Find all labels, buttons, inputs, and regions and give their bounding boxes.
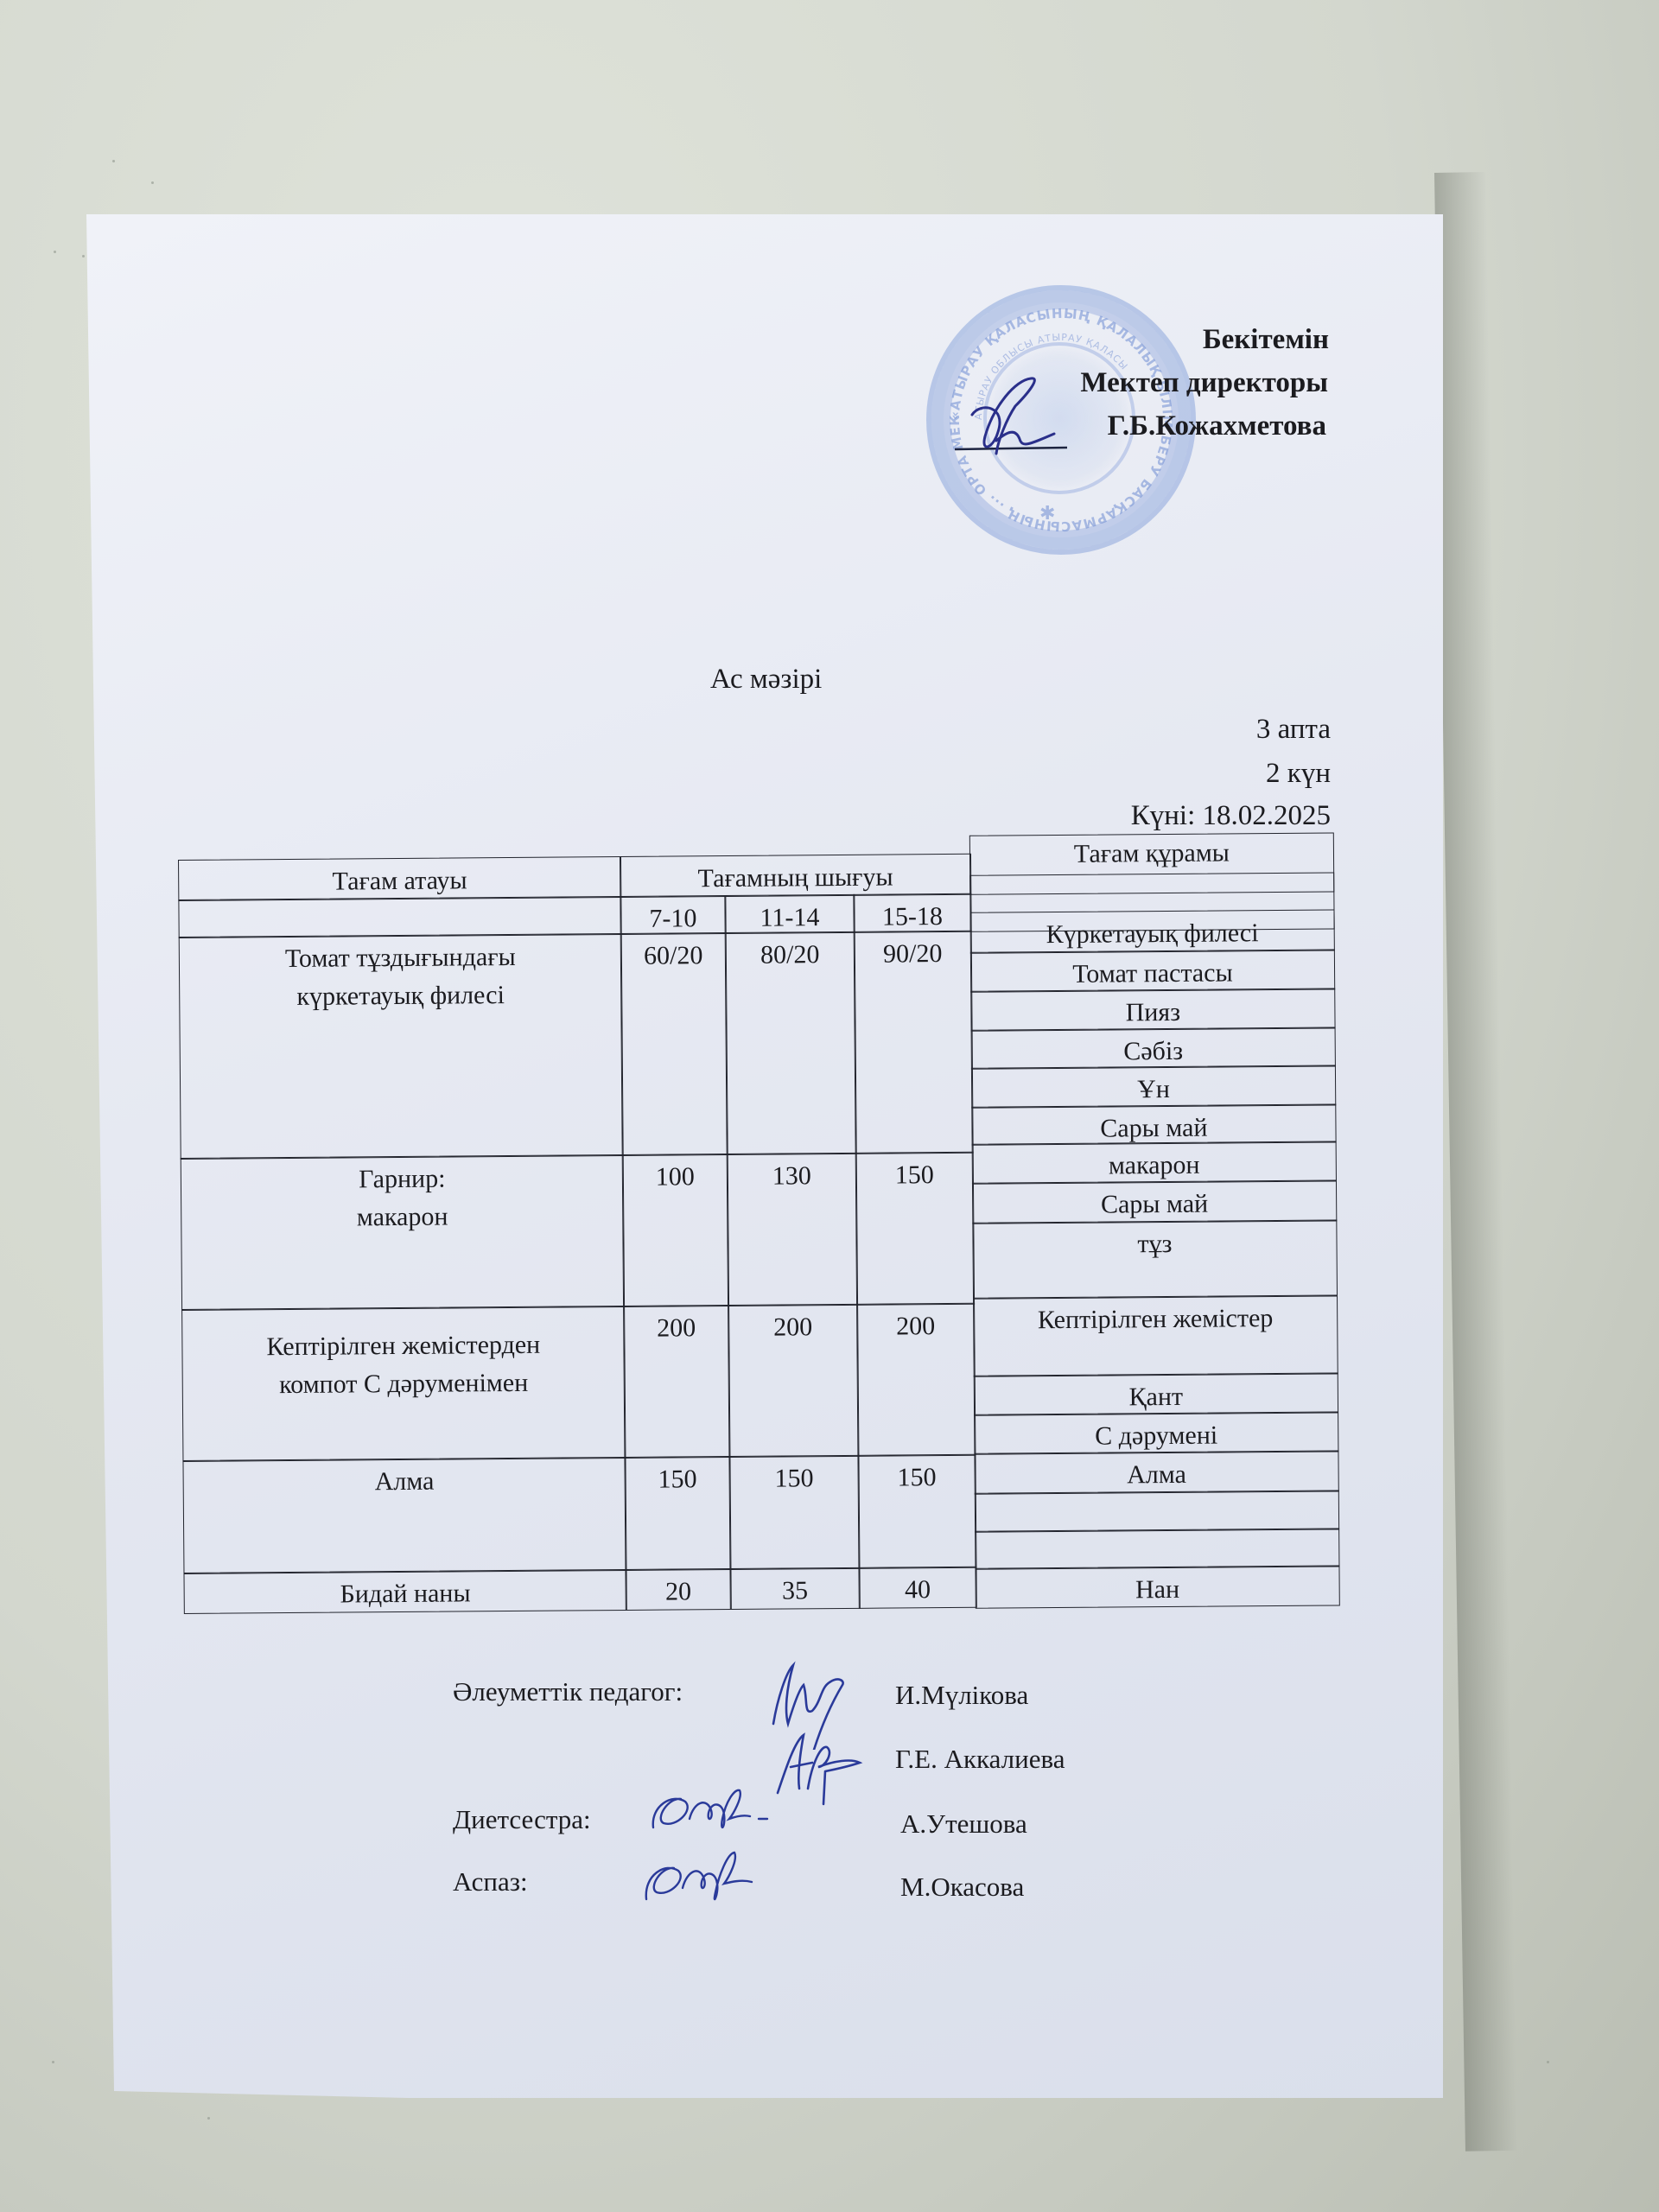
dish-name-cell-text: Томат тұздығындағы <box>180 938 621 979</box>
dish-name-cell: Кептірілген жемістерденкомпот С дәрумені… <box>181 1306 626 1462</box>
portion-cell-text: 200 <box>728 1308 857 1347</box>
portion-cell: 200 <box>728 1304 859 1458</box>
signatory-name: А.Утешова <box>900 1808 1027 1840</box>
paper-shadow <box>1434 172 1517 2152</box>
portion-cell: 35 <box>729 1567 860 1610</box>
dish-name-cell: Гарнир:макарон <box>181 1154 625 1311</box>
background-speck <box>1547 2061 1549 2063</box>
dish-name-cell: Томат тұздығындағыкүркетауық филесі <box>179 933 624 1160</box>
header-age-group: 7-10 <box>620 895 726 935</box>
signatory-name: М.Окасова <box>900 1872 1024 1903</box>
ingredient-cell <box>975 1490 1339 1532</box>
portion-cell-text: 35 <box>730 1572 859 1611</box>
ingredient-cell: Сары май <box>971 1103 1336 1145</box>
director-signature <box>946 372 1102 467</box>
signatory-role-dietitian: Диетсестра: <box>453 1804 591 1835</box>
background-speck <box>207 2117 210 2120</box>
ingredient-cell <box>975 1528 1339 1569</box>
dish-name-cell-text: Кептірілген жемістерден <box>182 1325 624 1367</box>
ingredient-cell: тұз <box>972 1219 1337 1299</box>
header-dish-name: Тағам атауы <box>178 856 621 901</box>
background-speck <box>52 2061 54 2063</box>
ingredient-cell: Күркетауық филесі <box>970 909 1335 953</box>
header-composition-text: Тағам құрамы <box>970 834 1333 874</box>
portion-cell-text: 200 <box>624 1309 728 1347</box>
signatory-role-cook: Аспаз: <box>453 1866 528 1897</box>
ingredient-cell: Томат пастасы <box>970 949 1335 992</box>
signatory-name: Г.Е. Аккалиева <box>895 1744 1065 1775</box>
portion-cell: 130 <box>727 1153 858 1306</box>
week-label: 3 апта <box>1256 714 1331 746</box>
date-label: Күні: 18.02.2025 <box>1131 800 1331 832</box>
menu-table: Тағам атауыТағамның шығуыТағам құрамы7-1… <box>178 851 1338 1613</box>
ingredient-cell-text: Нан <box>976 1569 1339 1610</box>
head-signature <box>773 1728 868 1806</box>
header-output: Тағамның шығуы <box>620 854 971 898</box>
ingredient-cell-text: Сары май <box>973 1184 1336 1224</box>
ingredient-cell: С дәрумені <box>974 1411 1338 1454</box>
cook-signature <box>639 1840 760 1910</box>
portion-cell: 150 <box>728 1455 860 1570</box>
approval-director-name: Г.Б.Кожахметова <box>1108 404 1326 448</box>
background-speck <box>112 160 115 162</box>
portion-cell: 80/20 <box>725 931 857 1155</box>
portion-cell-text: 150 <box>856 1156 973 1195</box>
ingredient-cell-text <box>976 1532 1338 1535</box>
portion-cell: 200 <box>623 1305 730 1459</box>
portion-cell: 60/20 <box>620 932 728 1156</box>
portion-cell: 20 <box>625 1568 731 1611</box>
portion-cell-text: 20 <box>626 1573 731 1611</box>
approval-label: Бекітемін <box>1203 318 1329 361</box>
ingredient-cell: Пияз <box>970 988 1335 1031</box>
ingredient-cell: макарон <box>972 1141 1337 1184</box>
portion-cell-text: 60/20 <box>621 937 726 975</box>
portion-cell-text: 150 <box>625 1460 729 1498</box>
portion-cell-text: 150 <box>729 1459 858 1498</box>
portion-cell-text: 150 <box>858 1459 975 1497</box>
dish-name-cell-text: макарон <box>181 1196 623 1237</box>
ingredient-cell-text <box>976 1494 1338 1497</box>
dish-name-cell-text: Гарнир: <box>181 1159 623 1200</box>
portion-cell-text: 100 <box>623 1158 728 1196</box>
portion-cell: 100 <box>622 1154 729 1307</box>
portion-cell-text: 130 <box>728 1157 856 1196</box>
document-title: Ас мәзірі <box>710 664 822 696</box>
ingredient-cell: Қант <box>974 1372 1338 1415</box>
portion-cell-text: 40 <box>859 1571 976 1610</box>
dish-name-cell: Алма <box>182 1457 626 1574</box>
portion-cell: 40 <box>858 1567 976 1609</box>
dish-name-cell-text: Бидай наны <box>185 1573 626 1615</box>
dish-name-cell: Бидай наны <box>183 1569 626 1614</box>
dish-name-cell-text: күркетауық филесі <box>180 975 621 1016</box>
signatory-name: И.Мүлікова <box>895 1680 1028 1711</box>
background-speck <box>54 251 56 253</box>
ingredient-cell-text: Алма <box>975 1454 1338 1495</box>
ingredient-cell-text: Кептірілген жемістер <box>974 1299 1337 1339</box>
header-age-group: 11-14 <box>724 894 855 934</box>
dish-name-cell-text: компот С дәруменімен <box>183 1363 625 1404</box>
portion-cell: 90/20 <box>854 931 974 1154</box>
ingredient-cell: Алма <box>974 1450 1338 1494</box>
ingredient-cell: Сәбіз <box>971 1027 1336 1069</box>
header-output-text: Тағамның шығуы <box>620 858 970 899</box>
ingredient-cell: Нан <box>975 1565 1339 1608</box>
dish-name-cell-text: Алма <box>183 1461 625 1503</box>
svg-text:✱: ✱ <box>1039 502 1055 524</box>
ingredient-cell: Ұн <box>971 1065 1336 1108</box>
background-speck <box>151 181 154 184</box>
header-blank <box>178 896 621 938</box>
ingredient-cell-text: Күркетауық филесі <box>971 913 1334 954</box>
portion-cell: 200 <box>856 1303 976 1457</box>
portion-cell: 150 <box>855 1152 975 1306</box>
signatory-role-social-pedagogue: Әлеуметтік педагог: <box>453 1676 683 1707</box>
approval-position: Мектеп директоры <box>1080 361 1328 404</box>
header-dish-name-text: Тағам атауы <box>179 861 620 902</box>
portion-cell-text: 80/20 <box>726 936 855 975</box>
portion-cell-text: 200 <box>857 1307 974 1346</box>
dietitian-signature <box>646 1780 776 1845</box>
ingredient-cell-text: тұз <box>973 1224 1336 1264</box>
day-label: 2 күн <box>1266 758 1331 790</box>
portion-cell: 150 <box>624 1456 731 1571</box>
background-speck <box>82 255 85 257</box>
portion-cell: 150 <box>857 1454 976 1569</box>
ingredient-cell: Сары май <box>972 1179 1337 1224</box>
ingredient-cell: Кептірілген жемістер <box>973 1294 1338 1376</box>
portion-cell-text: 90/20 <box>855 935 971 974</box>
header-age-group: 15-18 <box>853 893 971 933</box>
